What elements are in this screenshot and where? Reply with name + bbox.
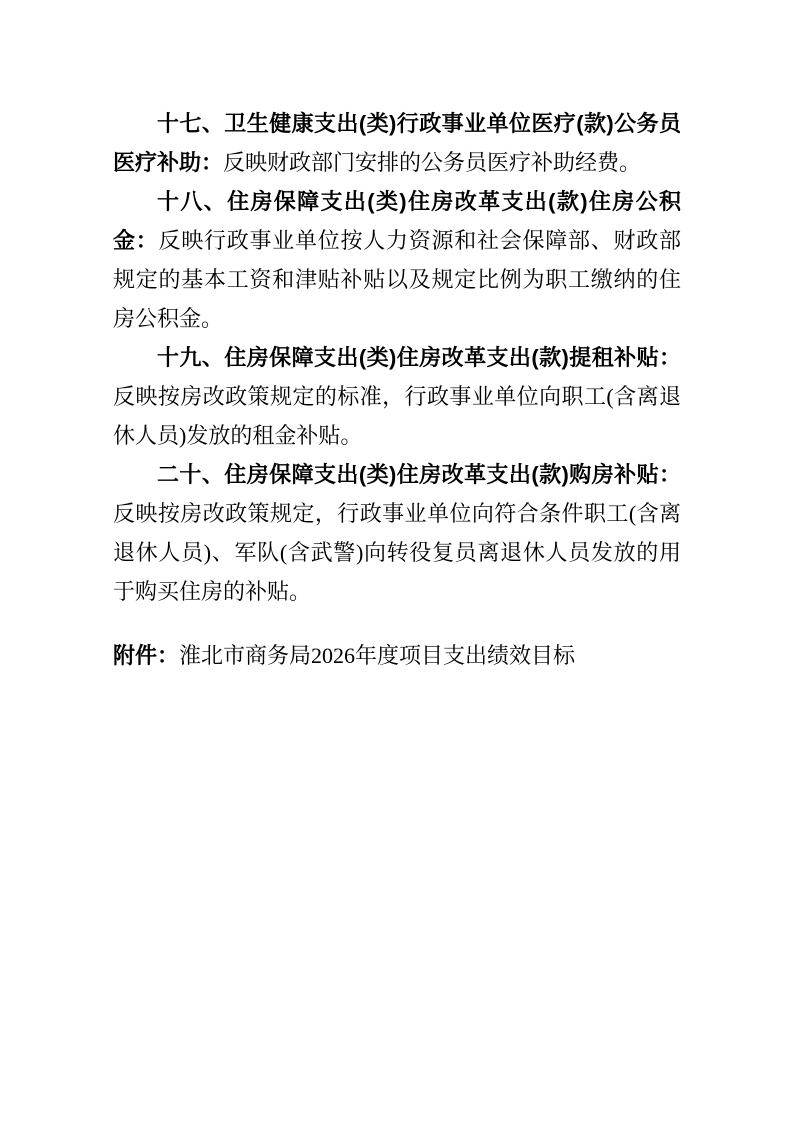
- document-page: 十七、卫生健康支出(类)行政事业单位医疗(款)公务员医疗补助：反映财政部门安排的…: [0, 0, 793, 1122]
- paragraph-text: 反映按房改政策规定，行政事业单位向符合条件职工(含离退休人员)、军队(含武警)向…: [113, 501, 681, 604]
- paragraph-text: 反映财政部门安排的公务员医疗补助经费。: [223, 150, 641, 175]
- document-body: 十七、卫生健康支出(类)行政事业单位医疗(款)公务员医疗补助：反映财政部门安排的…: [113, 104, 681, 675]
- paragraph-item-19: 十九、住房保障支出(类)住房改革支出(款)提租补贴：反映按房改政策规定的标准，行…: [113, 338, 681, 455]
- attachment-title: 淮北市商务局2026年度项目支出绩效目标: [179, 643, 575, 668]
- paragraph-item-20: 二十、住房保障支出(类)住房改革支出(款)购房补贴：反映按房改政策规定，行政事业…: [113, 455, 681, 611]
- attachment-line: 附件：淮北市商务局2026年度项目支出绩效目标: [113, 636, 681, 675]
- paragraph-text: 反映按房改政策规定的标准，行政事业单位向职工(含离退休人员)发放的租金补贴。: [113, 384, 681, 448]
- paragraph-text: 反映行政事业单位按人力资源和社会保障部、财政部规定的基本工资和津贴补贴以及规定比…: [113, 228, 681, 331]
- paragraph-item-18: 十八、住房保障支出(类)住房改革支出(款)住房公积金：反映行政事业单位按人力资源…: [113, 182, 681, 338]
- paragraph-lead: 十九、住房保障支出(类)住房改革支出(款)提租补贴：: [157, 345, 681, 370]
- paragraph-lead: 二十、住房保障支出(类)住房改革支出(款)购房补贴：: [157, 462, 681, 487]
- paragraph-item-17: 十七、卫生健康支出(类)行政事业单位医疗(款)公务员医疗补助：反映财政部门安排的…: [113, 104, 681, 182]
- attachment-label: 附件：: [113, 643, 179, 668]
